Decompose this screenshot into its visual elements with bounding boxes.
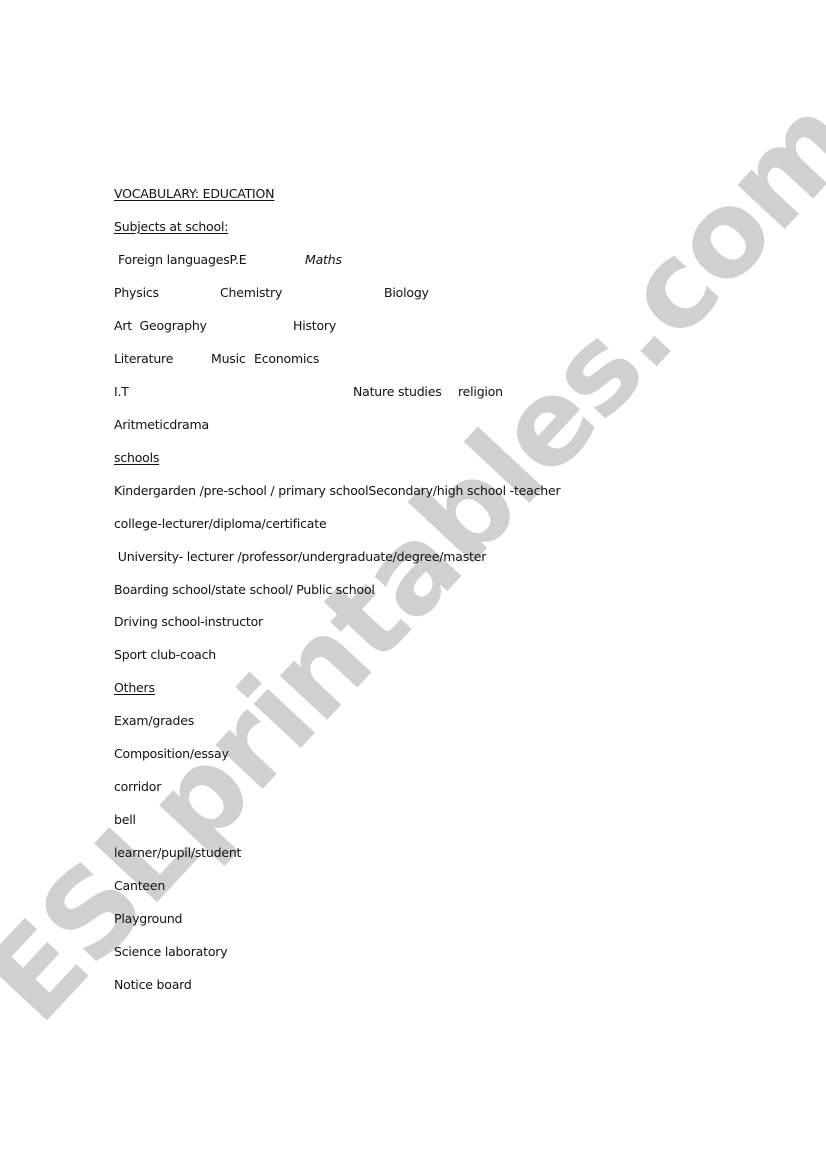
subject-item: Foreign languagesP.E (118, 252, 246, 268)
others-item: Composition/essay (114, 746, 229, 762)
others-item: Exam/grades (114, 713, 194, 729)
subject-item: Music (211, 351, 246, 367)
subject-item: Literature (114, 351, 173, 367)
schools-item: Boarding school/state school/ Public sch… (114, 582, 375, 598)
subjects-row: I.T Nature studies religion (114, 384, 714, 400)
subject-item: Economics (254, 351, 319, 367)
schools-item: Driving school-instructor (114, 614, 263, 630)
others-item: Science laboratory (114, 944, 227, 960)
subject-item: Maths (305, 252, 342, 268)
subject-item: I.T (114, 384, 129, 400)
subjects-row: Physics Chemistry Biology (114, 285, 714, 301)
others-item: bell (114, 812, 136, 828)
others-item: Playground (114, 911, 182, 927)
others-item: learner/pupil/student (114, 845, 241, 861)
schools-item: college-lecturer/diploma/certificate (114, 516, 326, 532)
worksheet-page: ESLprintables.com VOCABULARY: EDUCATION … (0, 0, 826, 1169)
subject-item: religion (458, 384, 503, 400)
subjects-row: Literature Music Economics (114, 351, 714, 367)
subjects-heading: Subjects at school: (114, 219, 228, 235)
subject-item: Aritmeticdrama (114, 417, 209, 433)
page-title: VOCABULARY: EDUCATION (114, 186, 274, 202)
subject-item: Art Geography (114, 318, 207, 334)
schools-item: Sport club-coach (114, 647, 216, 663)
others-item: Canteen (114, 878, 165, 894)
subject-item: Biology (384, 285, 429, 301)
others-item: Notice board (114, 977, 192, 993)
others-item: corridor (114, 779, 161, 795)
schools-heading: schools (114, 450, 159, 466)
schools-item: Kindergarden /pre-school / primary schoo… (114, 483, 560, 499)
subjects-row: Art Geography History (114, 318, 714, 334)
subject-item: Nature studies (353, 384, 442, 400)
schools-item: University- lecturer /professor/undergra… (114, 549, 486, 565)
subject-item: History (293, 318, 336, 334)
subject-item: Chemistry (220, 285, 282, 301)
subjects-row: Foreign languagesP.E Maths (114, 252, 714, 268)
others-heading: Others (114, 680, 155, 696)
subject-item: Physics (114, 285, 159, 301)
